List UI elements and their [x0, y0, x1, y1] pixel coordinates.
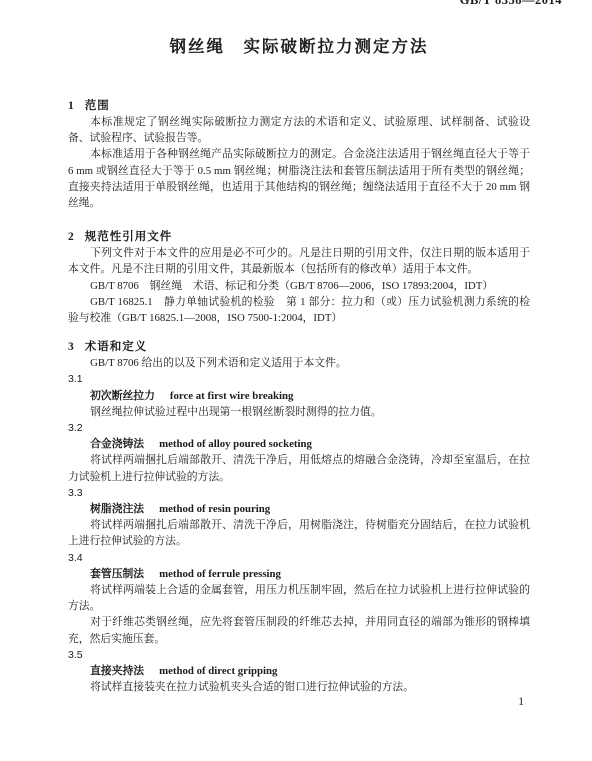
term-name: 直接夹持法method of direct gripping — [68, 663, 530, 679]
section-heading-terms: 3术语和定义 — [68, 340, 530, 355]
term-name-zh: 合金浇铸法 — [90, 438, 144, 450]
terms-intro: GB/T 8706 给出的以及下列术语和定义适用于本文件。 — [68, 355, 530, 371]
references-intro: 下列文件对于本文件的应用是必不可少的。凡是注日期的引用文件，仅注日期的版本适用于… — [68, 245, 530, 277]
section-heading-scope: 1范围 — [68, 99, 530, 114]
term-entry: 3.2 合金浇铸法method of alloy poured socketin… — [68, 420, 530, 485]
term-entry: 3.1 初次断丝拉力force at first wire breaking 钢… — [68, 371, 530, 420]
section-heading-normative-references: 2规范性引用文件 — [68, 230, 530, 245]
term-entry: 3.5 直接夹持法method of direct gripping 将试样直接… — [68, 647, 530, 696]
standard-number: GB/T 8358—2014 — [460, 0, 562, 8]
term-name-zh: 树脂浇注法 — [90, 503, 144, 515]
scope-paragraph: 本标准适用于各种钢丝绳产品实际破断拉力的测定。合金浇注法适用于钢丝绳直径大于等于… — [68, 146, 530, 211]
term-entry: 3.4 套管压制法method of ferrule pressing 将试样两… — [68, 550, 530, 647]
page-content: 钢丝绳 实际破断拉力测定方法 1范围 本标准规定了钢丝绳实际破断拉力测定方法的术… — [0, 0, 592, 696]
term-definition: 将试样两端捆扎后端部散开、清洗干净后，用低熔点的熔融合金浇铸，冷却至室温后，在拉… — [68, 452, 530, 484]
reference-item: GB/T 8706 钢丝绳 术语、标记和分类（GB/T 8706—2006，IS… — [68, 278, 530, 294]
page-title: 钢丝绳 实际破断拉力测定方法 — [68, 0, 530, 58]
term-name-en: method of resin pouring — [159, 503, 270, 515]
section-number: 1 — [68, 100, 74, 112]
term-entry: 3.3 树脂浇注法method of resin pouring 将试样两端捆扎… — [68, 485, 530, 550]
term-name-zh: 直接夹持法 — [90, 665, 144, 677]
page-number: 1 — [518, 696, 524, 708]
term-id: 3.2 — [68, 420, 530, 436]
section-number: 2 — [68, 231, 74, 243]
term-name: 套管压制法method of ferrule pressing — [68, 566, 530, 582]
term-name-zh: 初次断丝拉力 — [90, 390, 155, 402]
term-name-en: method of ferrule pressing — [159, 568, 281, 580]
term-definition: 将试样两端装上合适的金属套管，用压力机压制牢固，然后在拉力试验机上进行拉伸试验的… — [68, 582, 530, 614]
terms-list: 3.1 初次断丝拉力force at first wire breaking 钢… — [68, 371, 530, 695]
term-id: 3.1 — [68, 371, 530, 387]
term-id: 3.4 — [68, 550, 530, 566]
section-title: 规范性引用文件 — [85, 231, 173, 243]
reference-item: GB/T 16825.1 静力单轴试验机的检验 第 1 部分：拉力和（或）压力试… — [68, 294, 530, 326]
section-number: 3 — [68, 341, 74, 353]
term-name-zh: 套管压制法 — [90, 568, 144, 580]
term-definition: 将试样直接装夹在拉力试验机夹头合适的钳口进行拉伸试验的方法。 — [68, 679, 530, 695]
term-name: 合金浇铸法method of alloy poured socketing — [68, 436, 530, 452]
section-title: 范围 — [85, 100, 110, 112]
term-name-en: method of direct gripping — [159, 665, 277, 677]
term-name-en: force at first wire breaking — [170, 390, 294, 402]
term-definition: 对于纤维芯类钢丝绳，应先将套管压制段的纤维芯去掉，并用同直径的端部为锥形的钢棒填… — [68, 614, 530, 646]
term-name-en: method of alloy poured socketing — [159, 438, 312, 450]
section-title: 术语和定义 — [85, 341, 148, 353]
scope-paragraph: 本标准规定了钢丝绳实际破断拉力测定方法的术语和定义、试验原理、试样制备、试验设备… — [68, 114, 530, 146]
term-definition: 将试样两端捆扎后端部散开、清洗干净后，用树脂浇注，待树脂充分固结后，在拉力试验机… — [68, 517, 530, 549]
term-id: 3.5 — [68, 647, 530, 663]
term-name: 初次断丝拉力force at first wire breaking — [68, 388, 530, 404]
term-name: 树脂浇注法method of resin pouring — [68, 501, 530, 517]
term-definition: 钢丝绳拉伸试验过程中出现第一根钢丝断裂时测得的拉力值。 — [68, 404, 530, 420]
term-id: 3.3 — [68, 485, 530, 501]
document-page: GB/T 8358—2014 钢丝绳 实际破断拉力测定方法 1范围 本标准规定了… — [0, 0, 592, 761]
